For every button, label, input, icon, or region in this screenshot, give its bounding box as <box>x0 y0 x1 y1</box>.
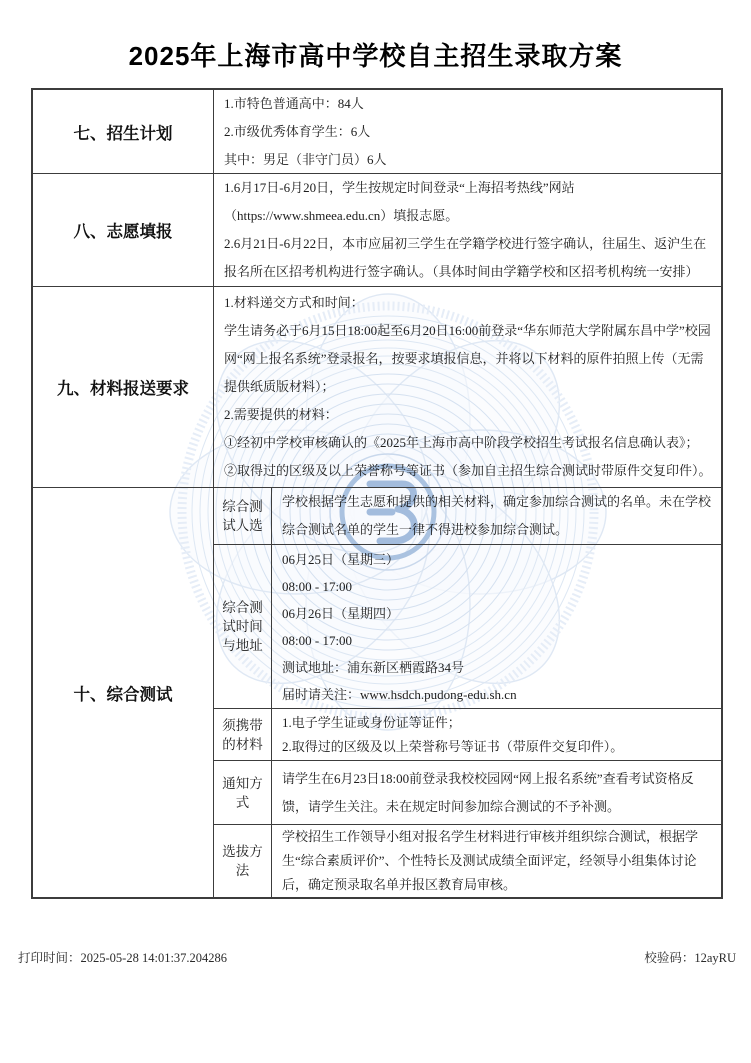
subrow-content-candidates: 学校根据学生志愿和提供的相关材料，确定参加综合测试的名单。未在学校综合测试名单的… <box>272 488 721 544</box>
print-time-value: 2025-05-28 14:01:37.204286 <box>81 951 228 965</box>
verification-code-label: 校验码： <box>644 951 694 965</box>
table-row-enrollment-plan: 七、招生计划 1.市特色普通高中：84人 2.市级优秀体育学生：6人 其中：男足… <box>33 90 721 174</box>
row-label-application: 八、志愿填报 <box>33 174 214 286</box>
subrow-selection-method: 选拔方法 学校招生工作领导小组对报名学生材料进行审核并组织综合测试，根据学生“综… <box>214 825 721 897</box>
cell-line: （https://www.shmeea.edu.cn）填报志愿。 <box>224 202 713 230</box>
cell-line: 2.取得过的区级及以上荣誉称号等证书（带原件交复印件）。 <box>282 735 711 759</box>
cell-line: 08:00 - 17:00 <box>282 627 711 654</box>
subrow-test-time-location: 综合测试时间与地址 06月25日（星期三） 08:00 - 17:00 06月2… <box>214 545 721 709</box>
subrow-content-required-materials: 1.电子学生证或身份证等证件； 2.取得过的区级及以上荣誉称号等证书（带原件交复… <box>272 709 721 760</box>
page-footer: 打印时间：2025-05-28 14:01:37.204286 校验码：12ay… <box>18 948 736 966</box>
subrow-content-selection: 学校招生工作领导小组对报名学生材料进行审核并组织综合测试，根据学生“综合素质评价… <box>272 825 721 897</box>
print-time: 打印时间：2025-05-28 14:01:37.204286 <box>18 948 227 966</box>
subrow-label-time-location: 综合测试时间与地址 <box>214 545 272 708</box>
cell-line: 请学生在6月23日18:00前登录我校校园网“网上报名系统”查看考试资格反馈，请… <box>282 765 711 821</box>
cell-line: 其中：男足（非守门员）6人 <box>224 146 713 174</box>
subrow-content-time-location: 06月25日（星期三） 08:00 - 17:00 06月26日（星期四） 08… <box>272 545 721 708</box>
cell-line: 学生请务必于6月15日18:00起至6月20日16:00前登录“华东师范大学附属… <box>224 317 713 401</box>
cell-line: 测试地址：浦东新区栖霞路34号 <box>282 654 711 681</box>
subrow-notification-method: 通知方式 请学生在6月23日18:00前登录我校校园网“网上报名系统”查看考试资… <box>214 761 721 825</box>
table-row-materials: 九、材料报送要求 1.材料递交方式和时间： 学生请务必于6月15日18:00起至… <box>33 287 721 488</box>
cell-line: 2.需要提供的材料： <box>224 401 713 429</box>
subrow-label-required-materials: 须携带的材料 <box>214 709 272 760</box>
row-label-enrollment-plan: 七、招生计划 <box>33 90 214 173</box>
print-time-label: 打印时间： <box>18 951 81 965</box>
cell-line: 1.电子学生证或身份证等证件； <box>282 711 711 735</box>
subrow-label-selection: 选拔方法 <box>214 825 272 897</box>
table-row-comprehensive-test: 十、综合测试 综合测试人选 学校根据学生志愿和提供的相关材料，确定参加综合测试的… <box>33 488 721 897</box>
cell-line: 08:00 - 17:00 <box>282 573 711 600</box>
subrow-label-notification: 通知方式 <box>214 761 272 824</box>
subrow-label-candidates: 综合测试人选 <box>214 488 272 544</box>
admission-plan-table: 七、招生计划 1.市特色普通高中：84人 2.市级优秀体育学生：6人 其中：男足… <box>31 88 723 899</box>
cell-line: 1.6月17日-6月20日，学生按规定时间登录“上海招考热线”网站 <box>224 174 713 202</box>
cell-line: 2.市级优秀体育学生：6人 <box>224 118 713 146</box>
verification-code: 校验码：12ayRU <box>644 948 736 966</box>
subrow-content-notification: 请学生在6月23日18:00前登录我校校园网“网上报名系统”查看考试资格反馈，请… <box>272 761 721 824</box>
row-label-comprehensive-test: 十、综合测试 <box>33 488 214 897</box>
table-row-application: 八、志愿填报 1.6月17日-6月20日，学生按规定时间登录“上海招考热线”网站… <box>33 174 721 287</box>
subrow-required-materials: 须携带的材料 1.电子学生证或身份证等证件； 2.取得过的区级及以上荣誉称号等证… <box>214 709 721 761</box>
row-content-enrollment-plan: 1.市特色普通高中：84人 2.市级优秀体育学生：6人 其中：男足（非守门员）6… <box>214 90 721 173</box>
cell-line: 1.材料递交方式和时间： <box>224 289 713 317</box>
verification-code-value: 12ayRU <box>694 951 736 965</box>
cell-line: 06月25日（星期三） <box>282 546 711 573</box>
cell-line: 06月26日（星期四） <box>282 600 711 627</box>
cell-line: 1.市特色普通高中：84人 <box>224 90 713 118</box>
cell-line: 2.6月21日-6月22日，本市应届初三学生在学籍学校进行签字确认，往届生、返沪… <box>224 230 713 286</box>
cell-line: 学校根据学生志愿和提供的相关材料，确定参加综合测试的名单。未在学校综合测试名单的… <box>282 488 711 544</box>
row-label-materials: 九、材料报送要求 <box>33 287 214 487</box>
cell-line: ①经初中学校审核确认的《2025年上海市高中阶段学校招生考试报名信息确认表》； <box>224 429 713 457</box>
cell-line: ②取得过的区级及以上荣誉称号等证书（参加自主招生综合测试时带原件交复印件）。 <box>224 457 713 485</box>
cell-line: 学校招生工作领导小组对报名学生材料进行审核并组织综合测试，根据学生“综合素质评价… <box>282 825 711 897</box>
row-content-materials: 1.材料递交方式和时间： 学生请务必于6月15日18:00起至6月20日16:0… <box>214 287 721 487</box>
cell-line: 届时请关注：www.hsdch.pudong-edu.sh.cn <box>282 681 711 708</box>
row-content-application: 1.6月17日-6月20日，学生按规定时间登录“上海招考热线”网站 （https… <box>214 174 721 286</box>
document-page: 2025年上海市高中学校自主招生录取方案 七、招生计划 1.市特色普通高中：84… <box>0 0 751 1063</box>
page-title: 2025年上海市高中学校自主招生录取方案 <box>0 36 751 73</box>
subrow-test-candidates: 综合测试人选 学校根据学生志愿和提供的相关材料，确定参加综合测试的名单。未在学校… <box>214 488 721 545</box>
row-content-comprehensive-test: 综合测试人选 学校根据学生志愿和提供的相关材料，确定参加综合测试的名单。未在学校… <box>214 488 721 897</box>
